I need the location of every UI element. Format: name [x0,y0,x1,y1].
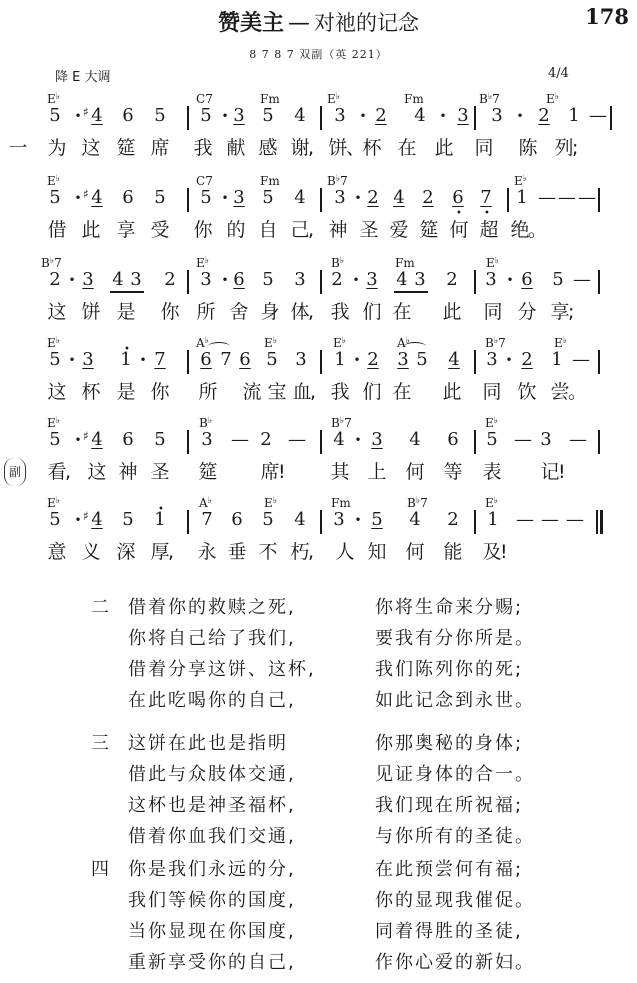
note: 5 [485,428,499,452]
note: 3 [365,268,379,292]
barline [474,106,476,130]
hold-dash: — [516,508,530,532]
lyric-syllable: 在 [390,298,414,326]
verse-line: 四你是我们永远的分,在此预尝何有福; [0,854,637,885]
verse-text-right: 在此预尝何有福; [375,854,523,885]
note: 7• [479,186,493,210]
flat-icon: ♭ [488,92,492,102]
lyric-syllable: 尝。 [548,378,572,406]
note: 7 [200,508,214,532]
lyric-syllable: 饮 [515,378,539,406]
verse-text-right: 同着得胜的圣徒, [375,916,523,947]
dot-duration: • [351,428,365,452]
note: 3 [490,104,504,128]
note: 1 [567,104,581,128]
note: 4 [293,104,307,128]
lyric-syllable: 席 [148,134,172,162]
dot-duration: • [136,348,150,372]
barline [507,188,509,212]
lyric-syllable: 看, [45,458,69,486]
flat-icon: ♭ [273,336,277,346]
lyric-syllable: 为 [45,134,69,162]
note: 2 [374,104,388,128]
punctuation: ; [568,298,574,326]
verse-text-left: 借着分享这饼、这杯, [128,654,316,685]
hold-dash: — [288,428,302,452]
dot-duration: • [351,508,365,532]
verse-text-left: 这饼在此也是指明 [128,728,288,759]
note: 5 [415,348,429,372]
note: 5 [48,104,62,128]
dot-duration: • [350,348,364,372]
note: 5 [48,508,62,532]
punctuation: ; [572,134,578,162]
lyric-syllable: 谢, [288,134,312,162]
note: 3 [332,508,346,532]
note: 2 [259,428,273,452]
verse-text-left: 在此吃喝你的自己, [128,685,296,716]
flat-icon: ♭ [494,416,498,426]
dot-duration: • [503,268,517,292]
barline [187,510,189,534]
punctuation: , [168,538,174,566]
dot-duration: • [218,186,232,210]
verse-line: 借着分享这饼、这杯,我们陈列你的死; [0,654,637,685]
flat-icon: ♭ [336,174,340,184]
note: 4 [447,348,461,372]
flat-icon: ♭ [494,496,498,506]
note: 6 [199,348,213,372]
flat-icon: ♭ [336,92,340,102]
lyric-syllable: 及! [480,538,504,566]
verse-line: 你将自己给了我们,要我有分你所是。 [0,623,637,654]
dot-duration: • [351,186,365,210]
note: 3 [294,348,308,372]
note: 6 [238,348,252,372]
note: 3 [539,428,553,452]
punctuation: , [308,216,314,244]
flat-icon: ♭ [416,496,420,506]
verse-text-right: 与你所有的圣徒。 [375,821,535,852]
verse-line: 三这饼在此也是指明你那奥秘的身体; [0,728,637,759]
score-system: E♭B♭B♭7E♭5•4♯653—2—4•3465—3—副看,这神圣筵席!其上何… [0,416,637,498]
lyric-syllable: 在 [390,378,414,406]
verse-text-left: 借此与众肢体交通, [128,759,296,790]
barline [320,106,322,130]
lyric-syllable: 义 [79,538,103,566]
flat-icon: ♭ [56,416,60,426]
note-row: 5•4♯51•76543•5421——— [0,508,637,532]
lyric-syllable: 神 [116,458,140,486]
flat-icon: ♭ [56,336,60,346]
lyric-syllable: 己, [288,216,312,244]
lyric-syllable: 同 [480,378,504,406]
score-system: E♭A♭E♭E♭A♭B♭7E♭5•31••7676531•23543•21—这杯… [0,336,637,418]
lyric-syllable: 杯 [360,134,384,162]
note: 3 [484,268,498,292]
lyric-syllable: 同 [472,134,496,162]
lyric-syllable: 筵 [114,134,138,162]
score-system: E♭C7FmB♭7E♭5•4♯655•3543•2426•7•1———借此享受你… [0,174,637,256]
lyric-syllable: 超 [477,216,501,244]
barline [320,510,322,534]
verse-text-left: 我们等候你的国度, [128,885,296,916]
note: 6 [520,268,534,292]
barline [598,188,600,212]
note: 3 [199,268,213,292]
note: 3 [370,428,384,452]
hold-dash: — [566,508,580,532]
lyric-syllable: 圣 [357,216,381,244]
note-row: 5•4♯655•3543•24•33•21— [0,104,637,128]
octave-up-dot: • [158,505,164,515]
note: 4♯ [90,104,104,128]
lyric-syllable: 这 [79,134,103,162]
score-system: B♭7E♭B♭FmE♭2•34323•6532•34323•65—这饼是你所舍身… [0,256,637,338]
note: 1 [550,348,564,372]
note: 5 [48,186,62,210]
barline [320,350,322,374]
lyric-syllable: 席! [258,458,282,486]
hold-dash: — [578,186,592,210]
barline [474,430,476,454]
flat-icon: ♭ [340,256,344,266]
sharp-icon: ♯ [83,504,89,528]
hold-dash: — [541,508,555,532]
flat-icon: ♭ [555,92,559,102]
note: 3 [129,268,143,292]
meter-info: 8 7 8 7 双副（英 221） [0,46,637,62]
lyric-syllable: 分 [515,298,539,326]
lyric-syllable: 筵 [417,216,441,244]
barline [610,106,612,130]
lyric-syllable: 血, [290,378,314,406]
hymn-number: 178 [585,4,629,29]
lyric-syllable: 受 [148,216,172,244]
note: 4 [332,428,346,452]
lyric-syllable: 体, [288,298,312,326]
dot-duration: • [218,268,232,292]
barline [320,430,322,454]
verse-text-left: 借着你血我们交通, [128,821,296,852]
verse-line: 二借着你的救赎之死,你将生命来分赐; [0,592,637,623]
note: 3 [396,348,410,372]
lyric-syllable: 这 [85,458,109,486]
note: 1• [119,348,133,372]
note: 1 [486,508,500,532]
barline [598,350,600,374]
note: 7 [153,348,167,372]
lyric-syllable: 在 [395,134,419,162]
flat-icon: ♭ [494,336,498,346]
barline [187,188,189,212]
barline [187,270,189,294]
slur [404,342,426,351]
note: 5 [153,186,167,210]
lyric-syllable: 流 [240,378,264,406]
note: 5 [48,348,62,372]
lyric-syllable: 此 [432,134,456,162]
lyric-syllable: 宝 [265,378,289,406]
hold-dash: — [589,104,603,128]
lyric-row: 意义深厚,永垂不朽,人知何能及! [0,538,637,566]
dot-duration: • [513,104,527,128]
lyric-syllable: 我 [191,134,215,162]
flat-icon: ♭ [56,92,60,102]
lyric-syllable: 何 [447,216,471,244]
note: 4 [395,268,409,292]
barline [598,270,600,294]
note: 6 [121,104,135,128]
lyric-syllable: 感 [256,134,280,162]
hold-dash: — [538,186,552,210]
flat-icon: ♭ [208,416,212,426]
note: 4♯ [90,508,104,532]
punctuation: ! [500,538,508,566]
lyric-syllable: 借 [45,216,69,244]
lyric-row: 这杯是你所流宝血,我们在此同饮尝。 [0,378,637,406]
barline [474,510,476,534]
barline [320,188,322,212]
lyric-syllable: 筵 [196,458,220,486]
dot-duration: • [356,104,370,128]
barline [474,270,476,294]
verse-text-right: 我们陈列你的死; [375,654,523,685]
dot-duration: • [502,348,516,372]
lyric-syllable: 何 [403,458,427,486]
lyric-syllable: 你 [158,298,182,326]
note: 3 [81,268,95,292]
note: 2 [163,268,177,292]
barline [320,270,322,294]
hold-dash: — [569,428,583,452]
punctuation: , [310,378,316,406]
lyric-syllable: 们 [360,378,384,406]
flat-icon: ♭ [273,496,277,506]
lyric-syllable: 此 [440,298,464,326]
punctuation: , [65,458,71,486]
punctuation: 。 [528,216,547,244]
note: 5 [261,104,275,128]
note: 2 [537,104,551,128]
lyric-row: 借此享受你的自己,神圣爱筵何超绝。 [0,216,637,244]
note: 3 [81,348,95,372]
lyric-syllable: 同 [481,298,505,326]
note: 2 [48,268,62,292]
note: 5 [153,104,167,128]
note: 1 [515,186,529,210]
verse-text-left: 这杯也是神圣福杯, [128,790,296,821]
score-system: E♭A♭E♭FmB♭7E♭5•4♯51•76543•5421———意义深厚,永垂… [0,496,637,578]
verse-text-right: 我们现在所祝福; [375,790,523,821]
lyric-syllable: 我 [328,378,352,406]
note: 6 [232,268,246,292]
lyric-syllable: 这 [45,378,69,406]
hymn-title: 赞美主—对祂的记念 [0,6,637,37]
note: 5 [199,186,213,210]
sharp-icon: ♯ [83,424,89,448]
note: 4 [293,508,307,532]
punctuation: , [308,134,314,162]
verse-number: 二 [91,592,109,623]
barline [187,106,189,130]
beam-underline [394,291,428,293]
note: 3 [232,186,246,210]
score-system: E♭C7FmE♭FmB♭7E♭5•4♯655•3543•24•33•21—一为这… [0,92,637,174]
note: 2 [446,508,460,532]
dot-duration: • [65,348,79,372]
lyric-syllable: 列; [552,134,576,162]
note: 2 [520,348,534,372]
lyric-syllable: 何 [403,538,427,566]
note: 5 [265,348,279,372]
lyric-syllable: 爱 [387,216,411,244]
dot-duration: • [436,104,450,128]
lyric-syllable: 杯 [79,378,103,406]
lyric-syllable: 陈 [516,134,540,162]
note: 4♯ [90,186,104,210]
lyric-row: 这饼是你所舍身体,我们在此同分享; [0,298,637,326]
lyric-syllable: 能 [441,538,465,566]
dot-duration: • [65,268,79,292]
note-row: 5•31••7676531•23543•21— [0,348,637,372]
punctuation: , [308,538,314,566]
verse-line: 这杯也是神圣福杯,我们现在所祝福; [0,790,637,821]
lyric-syllable: 是 [114,378,138,406]
lyric-syllable: 表 [480,458,504,486]
sharp-icon: ♯ [83,182,89,206]
lyric-syllable: 不 [256,538,280,566]
verse-text-right: 你将生命来分赐; [375,592,523,623]
lyric-syllable: 人 [333,538,357,566]
lyric-syllable: 等 [441,458,465,486]
note: 5 [121,508,135,532]
note: 6 [121,186,135,210]
verse-line: 借着你血我们交通,与你所有的圣徒。 [0,821,637,852]
lyric-syllable: 这 [45,298,69,326]
lyric-syllable: 厚, [148,538,172,566]
verse-line: 我们等候你的国度,你的显现我催促。 [0,885,637,916]
note: 4 [413,104,427,128]
flat-icon: ♭ [340,416,344,426]
dot-duration: • [349,268,363,292]
verse-line: 借此与众肢体交通,见证身体的合一。 [0,759,637,790]
lyric-syllable: 献 [224,134,248,162]
slur [208,342,230,351]
lyric-syllable: 神 [326,216,350,244]
note: 5 [153,428,167,452]
octave-up-dot: • [124,345,130,355]
note: 4 [392,186,406,210]
flat-icon: ♭ [205,256,209,266]
lyric-syllable: 饼、 [326,134,350,162]
barline [598,430,600,454]
lyric-syllable: 绝。 [508,216,532,244]
note: 5 [370,508,384,532]
verse-line: 当你显现在你国度,同着得胜的圣徒, [0,916,637,947]
verse-text-right: 要我有分你所是。 [375,623,535,654]
note: 4♯ [90,428,104,452]
lyric-row: 为这筵席我献感谢,饼、杯在此同陈列; [0,134,637,162]
note: 4 [111,268,125,292]
punctuation: ! [558,458,566,486]
lyric-syllable: 身 [258,298,282,326]
lyric-syllable: 舍 [227,298,251,326]
beam-underline [110,291,144,293]
lyric-syllable: 享; [548,298,572,326]
flat-icon: ♭ [495,256,499,266]
hold-dash: — [514,428,528,452]
note: 2 [330,268,344,292]
flat-icon: ♭ [50,256,54,266]
verse-text-right: 你的显现我催促。 [375,885,535,916]
title-main: 赞美主 [218,11,284,36]
lyric-syllable: 知 [365,538,389,566]
verse-text-right: 作你心爱的新妇。 [375,947,535,978]
lyric-syllable: 其 [328,458,352,486]
punctuation: , [308,298,314,326]
barline [187,430,189,454]
verse-text-left: 当你显现在你国度, [128,916,296,947]
barline [187,350,189,374]
verse-text-right: 你那奥秘的身体; [375,728,523,759]
lyric-syllable: 自 [256,216,280,244]
verse-line: 重新享受你的自己,作你心爱的新妇。 [0,947,637,978]
note: 6• [451,186,465,210]
lyric-syllable: 所 [196,378,220,406]
verse-number: 四 [91,854,109,885]
verse-number: 三 [91,728,109,759]
note: 5 [261,508,275,532]
lyric-syllable: 的 [224,216,248,244]
note: 3 [333,104,347,128]
verse-text-right: 如此记念到永世。 [375,685,535,716]
final-barline [596,510,603,534]
lyric-syllable: 意 [45,538,69,566]
lyric-syllable: 你 [148,378,172,406]
flat-icon: ♭ [56,174,60,184]
flat-icon: ♭ [563,336,567,346]
note: 3 [200,428,214,452]
verse-text-left: 重新享受你的自己, [128,947,296,978]
lyric-syllable: 们 [360,298,384,326]
lyric-syllable: 此 [440,378,464,406]
barline [474,350,476,374]
note: 4 [408,428,422,452]
note: 6 [121,428,135,452]
dot-duration: • [218,104,232,128]
lyric-syllable: 此 [79,216,103,244]
hold-dash: — [573,268,587,292]
note: 3 [232,104,246,128]
note: 5 [551,268,565,292]
note: 3 [333,186,347,210]
note: 3 [293,268,307,292]
note: 2 [366,348,380,372]
hold-dash: — [558,186,572,210]
note-row: 5•4♯653—2—4•3465—3— [0,428,637,452]
flat-icon: ♭ [523,174,527,184]
note: 4 [408,508,422,532]
note: 5 [48,428,62,452]
hold-dash: — [231,428,245,452]
note: 5 [199,104,213,128]
note: 4 [293,186,307,210]
flat-icon: ♭ [342,336,346,346]
note: 2 [421,186,435,210]
note: 3 [456,104,470,128]
punctuation: ! [278,458,286,486]
